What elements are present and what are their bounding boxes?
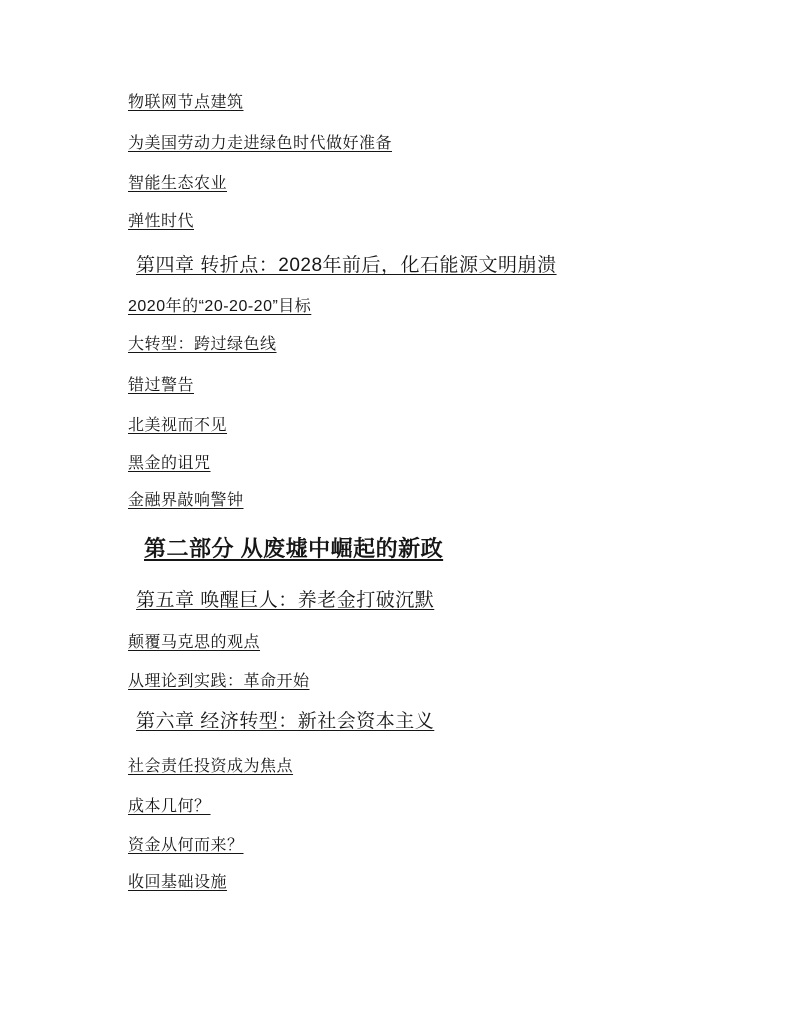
- document-page: 物联网节点建筑 为美国劳动力走进绿色时代做好准备 智能生态农业 弹性时代 第四章…: [0, 0, 791, 1024]
- toc-link-financial-alarm-bells[interactable]: 金融界敲响警钟: [128, 493, 244, 509]
- toc-link-missed-warnings[interactable]: 错过警告: [128, 378, 194, 394]
- toc-link-reclaiming-infrastructure[interactable]: 收回基础设施: [128, 875, 227, 891]
- toc-chapter4-heading-link[interactable]: 第四章 转折点：2028年前后，化石能源文明崩溃: [136, 256, 557, 275]
- toc-link-sri-in-focus[interactable]: 社会责任投资成为焦点: [128, 759, 293, 775]
- toc-link-great-transition-green-line[interactable]: 大转型：跨过绿色线: [128, 337, 277, 353]
- toc-link-what-does-it-cost[interactable]: 成本几何？: [128, 799, 211, 815]
- toc-link-curse-of-black-gold[interactable]: 黑金的诅咒: [128, 456, 211, 472]
- toc-link-preparing-us-workforce-green-era[interactable]: 为美国劳动力走进绿色时代做好准备: [128, 136, 392, 152]
- toc-chapter6-heading-link[interactable]: 第六章 经济转型：新社会资本主义: [136, 712, 434, 731]
- toc-link-theory-to-practice-revolution[interactable]: 从理论到实践：革命开始: [128, 674, 310, 690]
- toc-link-where-funds-come-from[interactable]: 资金从何而来？: [128, 838, 244, 854]
- toc-link-age-of-resilience[interactable]: 弹性时代: [128, 214, 194, 230]
- toc-chapter5-heading-link[interactable]: 第五章 唤醒巨人：养老金打破沉默: [136, 591, 434, 610]
- toc-part2-heading-link[interactable]: 第二部分 从废墟中崛起的新政: [144, 538, 443, 560]
- toc-link-overturning-marx[interactable]: 颠覆马克思的观点: [128, 635, 260, 651]
- toc-link-iot-node-buildings[interactable]: 物联网节点建筑: [128, 95, 244, 111]
- toc-link-20-20-20-target[interactable]: 2020年的“20-20-20”目标: [128, 299, 311, 315]
- toc-link-north-america-blind-eye[interactable]: 北美视而不见: [128, 418, 227, 434]
- toc-link-smart-eco-agriculture[interactable]: 智能生态农业: [128, 176, 227, 192]
